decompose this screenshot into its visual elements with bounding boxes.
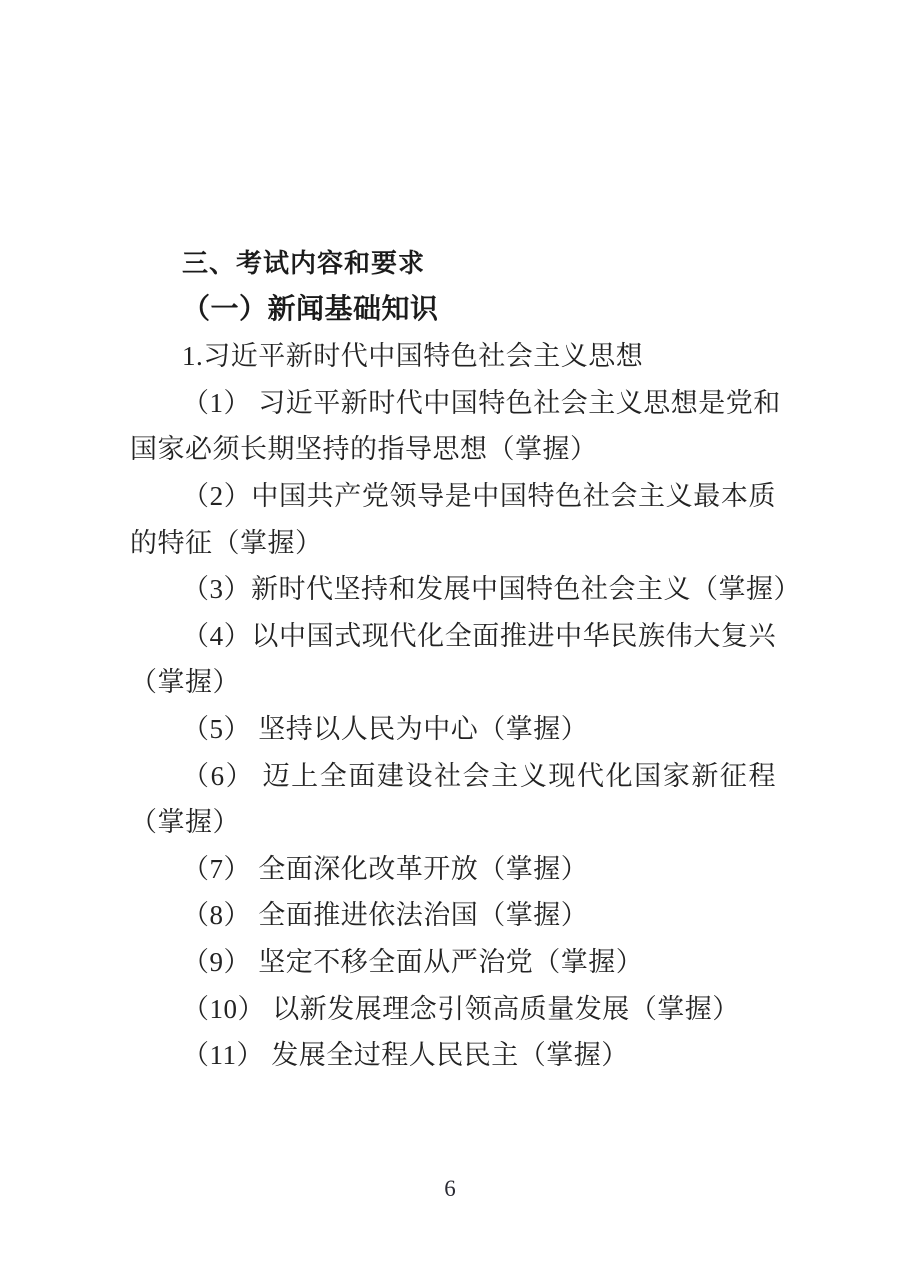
item-5: （5） 坚持以人民为中心（掌握）	[130, 706, 776, 753]
subsection-heading: （一）新闻基础知识	[130, 287, 776, 334]
item-3: （3）新时代坚持和发展中国特色社会主义（掌握）	[130, 566, 776, 613]
document-content: 三、考试内容和要求 （一）新闻基础知识 1.习近平新时代中国特色社会主义思想 （…	[130, 240, 776, 1079]
document-page: 三、考试内容和要求 （一）新闻基础知识 1.习近平新时代中国特色社会主义思想 （…	[0, 0, 900, 1272]
item-2-line-2: 的特征（掌握）	[130, 520, 776, 567]
page-number: 6	[444, 1176, 456, 1201]
item-1-line-2: 国家必须长期坚持的指导思想（掌握）	[130, 426, 776, 473]
item-11: （11） 发展全过程人民民主（掌握）	[130, 1032, 776, 1079]
item-10: （10） 以新发展理念引领高质量发展（掌握）	[130, 986, 776, 1033]
item-1-line-1: （1） 习近平新时代中国特色社会主义思想是党和	[130, 380, 776, 427]
item-4-line-2: （掌握）	[130, 659, 776, 706]
topic-title: 1.习近平新时代中国特色社会主义思想	[130, 333, 776, 380]
item-6-line-2: （掌握）	[130, 799, 776, 846]
item-4-line-1: （4）以中国式现代化全面推进中华民族伟大复兴	[130, 613, 776, 660]
item-6-line-1: （6） 迈上全面建设社会主义现代化国家新征程	[130, 753, 776, 800]
item-8: （8） 全面推进依法治国（掌握）	[130, 892, 776, 939]
page-footer: 6	[0, 1176, 900, 1202]
item-7: （7） 全面深化改革开放（掌握）	[130, 846, 776, 893]
section-heading: 三、考试内容和要求	[130, 240, 776, 287]
item-9: （9） 坚定不移全面从严治党（掌握）	[130, 939, 776, 986]
item-2-line-1: （2）中国共产党领导是中国特色社会主义最本质	[130, 473, 776, 520]
